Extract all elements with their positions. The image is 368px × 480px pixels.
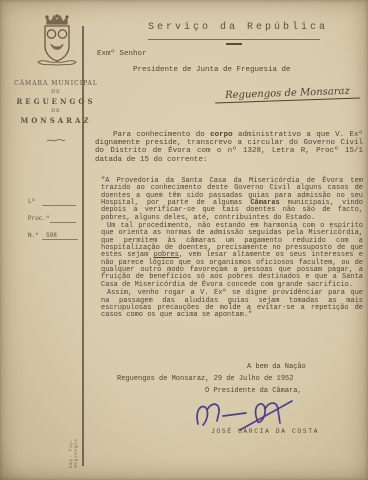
org-line: DE xyxy=(8,89,104,95)
circular-quote-block: "A Provedoria da Santa Casa da Misericór… xyxy=(101,178,363,321)
intro-text: Para conhecimento do xyxy=(113,131,210,139)
header-underline xyxy=(148,39,320,40)
reference-fields: Lº Proc.º N.º 598 xyxy=(28,198,80,249)
printer-imprint: Emp. Tip. Reguengos xyxy=(69,408,79,468)
process-blank-line xyxy=(50,222,76,223)
handwritten-place: Reguengos de Monsaraz xyxy=(215,85,360,103)
number-value: 598 xyxy=(46,232,57,239)
book-blank-line xyxy=(42,205,76,206)
org-line: REGUENGOS xyxy=(8,97,104,106)
municipal-crest-icon xyxy=(30,14,84,74)
dateline: Reguengos de Monsaraz, 29 de Julho de 19… xyxy=(117,375,293,383)
service-header: Serviço da República xyxy=(138,22,338,33)
book-label: Lº xyxy=(28,198,35,205)
org-line: DE xyxy=(8,108,104,114)
recipient-title: Presidente de Junta de Freguesia de xyxy=(133,66,291,74)
quote-paragraph-3: Assim, venho rogar a V. Exª se digne pro… xyxy=(101,290,363,319)
flourish-icon xyxy=(8,128,104,147)
intro-paragraph: Para conhecimento do corpo administrativ… xyxy=(95,131,363,164)
book-field: Lº xyxy=(28,198,80,215)
process-label: Proc.º xyxy=(28,215,50,222)
org-line: CÂMARA MUNICIPAL xyxy=(8,80,104,87)
number-field: N.º 598 xyxy=(28,232,80,249)
scanned-letter-page: Serviço da República CÂMARA MUNICIPAL DE… xyxy=(0,0,368,480)
signer-title: O Presidente da Câmara, xyxy=(205,387,302,395)
typed-signature-name: JOSÉ GARCIA DA COSTA xyxy=(211,428,319,435)
number-label: N.º xyxy=(28,232,39,239)
header-dash xyxy=(226,43,242,45)
quote-paragraph-1: "A Provedoria da Santa Casa da Misericór… xyxy=(101,178,363,222)
org-line: MONSARAZ xyxy=(8,116,104,125)
sidebar-organization: CÂMARA MUNICIPAL DE REGUENGOS DE MONSARA… xyxy=(8,80,104,147)
motto-line: A bem da Nação xyxy=(247,363,306,371)
number-blank-line xyxy=(42,239,78,240)
intro-bold-word: corpo xyxy=(210,131,233,139)
quote-paragraph-2: Um tal procedimento, não estando em harm… xyxy=(101,223,363,289)
process-field: Proc.º xyxy=(28,215,80,232)
salutation: Exmº Senhor xyxy=(97,50,147,58)
